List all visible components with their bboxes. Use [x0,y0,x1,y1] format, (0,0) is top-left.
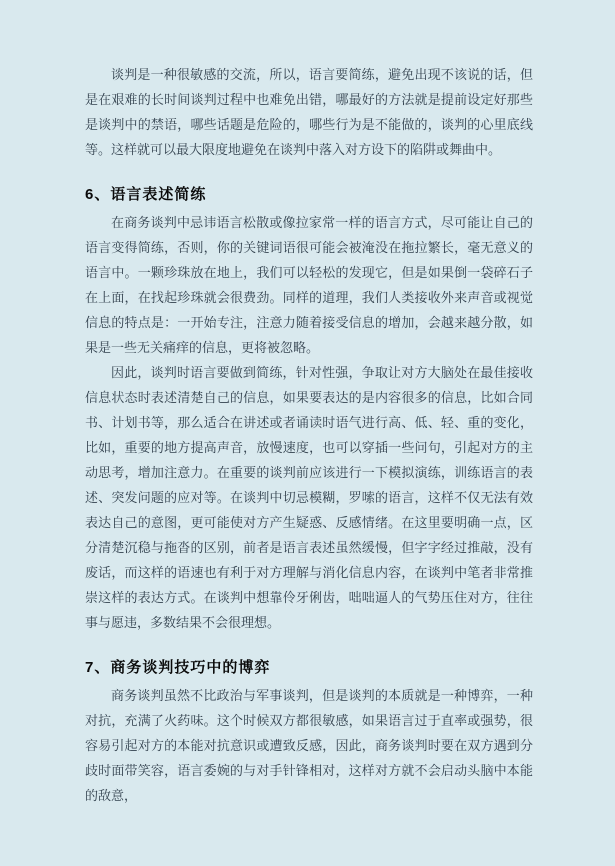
heading-section-6-concise-language: 6、语言表述简练 [85,182,533,207]
paragraph-negotiation-game-intro: 商务谈判虽然不比政治与军事谈判，但是谈判的本质就是一种博弈，一种对抗，充满了火药… [85,683,533,808]
paragraph-concise-language-techniques: 因此，谈判时语言要做到简练，针对性强，争取让对方大脑处在最佳接收信息状态时表述清… [85,360,533,635]
paragraph-concise-language-intro: 在商务谈判中忌讳语言松散或像拉家常一样的语言方式，尽可能让自己的语言变得简练，否… [85,210,533,360]
paragraph-negotiation-sensitivity: 谈判是一种很敏感的交流，所以，语言要简练，避免出现不该说的话，但是在艰难的长时间… [85,62,533,162]
document-page: 谈判是一种很敏感的交流，所以，语言要简练，避免出现不该说的话，但是在艰难的长时间… [0,0,615,866]
heading-section-7-negotiation-game: 7、商务谈判技巧中的博弈 [85,655,533,680]
